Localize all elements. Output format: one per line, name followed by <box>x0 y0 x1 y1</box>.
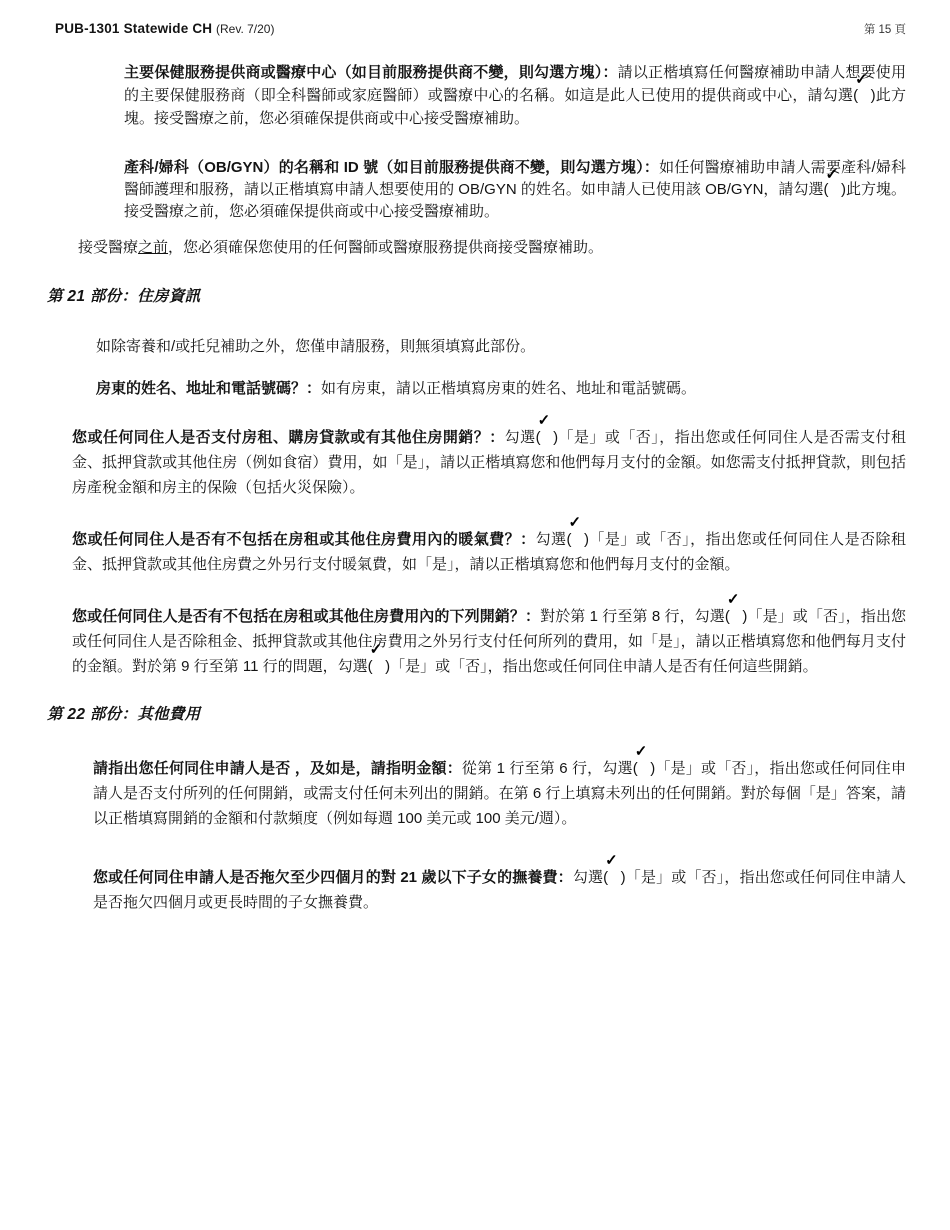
para-before-care-note: 接受醫療之前，您必須確保您使用的任何醫師或醫療服務提供商接受醫療補助。 <box>78 236 906 259</box>
checkmark-icon: ✓ <box>605 853 618 868</box>
question-lead-text: 房東的姓名、地址和電話號碼？： <box>96 380 321 397</box>
checkbox-parens: ( )✓ <box>368 654 391 679</box>
checkbox-parens: ( )✓ <box>853 84 876 107</box>
checkbox-parens: ( )✓ <box>725 604 748 629</box>
body-text: 如有房東，請以正楷填寫房東的姓名、地址和電話號碼。 <box>321 380 696 397</box>
section-21-heading: 第 21 部份：住房資訊 <box>47 285 906 308</box>
para-other-expenses: 請指出您任何同住申請人是否 ，及如是，請指明金額：從第 1 行至第 6 行，勾選… <box>93 756 906 831</box>
body-text: 勾選 <box>536 531 567 548</box>
question-lead-text: 您或任何同住人是否有不包括在房租或其他住房費用內的下列開銷？： <box>72 608 540 625</box>
para-obgyn: 產科/婦科（OB/GYN）的名稱和 ID 號（如目前服務提供商不變，則勾選方塊）… <box>124 157 906 223</box>
question-lead-text: 請指出您任何同住申請人是否 ，及如是，請指明金額： <box>93 760 462 777</box>
page-number: 第 15 頁 <box>864 21 906 37</box>
checkbox-parens: ( )✓ <box>536 425 559 450</box>
body-text: 「是」或「否」，指出您或任何同住申請人是否有任何這些開銷。 <box>390 658 818 675</box>
question-lead-text: 您或任何同住人是否支付房租、購房貸款或有其他住房開銷？： <box>72 429 505 446</box>
checkmark-icon: ✓ <box>727 592 740 607</box>
form-identifier: PUB-1301 Statewide CH (Rev. 7/20) <box>55 21 274 36</box>
para-services-only-note: 如除寄養和/或托兒補助之外，您僅申請服務，則無須填寫此部份。 <box>96 335 906 358</box>
checkmark-icon: ✓ <box>370 642 383 657</box>
checkbox-parens: ( )✓ <box>603 865 626 890</box>
page-header: PUB-1301 Statewide CH (Rev. 7/20) 第 15 頁 <box>47 21 906 37</box>
question-lead-text: 您或任何同住申請人是否拖欠至少四個月的對 21 歲以下子女的撫養費： <box>93 869 573 886</box>
para-primary-provider: 主要保健服務提供商或醫療中心（如目前服務提供商不變，則勾選方塊）：請以正楷填寫任… <box>124 61 906 130</box>
para-heating-cost: 您或任何同住人是否有不包括在房租或其他住房費用內的暖氣費？：勾選( )✓「是」或… <box>72 527 906 577</box>
underlined-text: 之前 <box>138 239 168 256</box>
form-id: PUB-1301 Statewide CH <box>55 21 212 36</box>
form-revision: (Rev. 7/20) <box>216 22 274 36</box>
para-landlord-info: 房東的姓名、地址和電話號碼？：如有房東，請以正楷填寫房東的姓名、地址和電話號碼。 <box>96 377 906 400</box>
document-body: 主要保健服務提供商或醫療中心（如目前服務提供商不變，則勾選方塊）：請以正楷填寫任… <box>47 61 906 915</box>
section-22-heading: 第 22 部份：其他費用 <box>47 703 906 726</box>
checkmark-icon: ✓ <box>825 167 838 182</box>
body-text: 接受醫療 <box>78 239 138 256</box>
para-child-support: 您或任何同住申請人是否拖欠至少四個月的對 21 歲以下子女的撫養費：勾選( )✓… <box>93 865 906 915</box>
body-text: 如除寄養和/或托兒補助之外，您僅申請服務，則無須填寫此部份。 <box>96 338 535 355</box>
body-text: 從第 1 行至第 6 行，勾選 <box>462 760 633 777</box>
body-text: 對於第 1 行至第 8 行，勾選 <box>540 608 725 625</box>
checkbox-parens: ( )✓ <box>566 527 589 552</box>
body-text: ，您必須確保您使用的任何醫師或醫療服務提供商接受醫療補助。 <box>168 239 603 256</box>
checkmark-icon: ✓ <box>635 744 648 759</box>
checkmark-icon: ✓ <box>538 413 551 428</box>
para-rent-mortgage: 您或任何同住人是否支付房租、購房貸款或有其他住房開銷？：勾選( )✓「是」或「否… <box>72 425 906 500</box>
checkmark-icon: ✓ <box>855 72 868 87</box>
checkbox-parens: ( )✓ <box>823 179 846 201</box>
checkbox-parens: ( )✓ <box>633 756 656 781</box>
question-lead-text: 主要保健服務提供商或醫療中心（如目前服務提供商不變，則勾選方塊）： <box>124 64 618 81</box>
para-listed-expenses: 您或任何同住人是否有不包括在房租或其他住房費用內的下列開銷？：對於第 1 行至第… <box>72 604 906 679</box>
question-lead-text: 產科/婦科（OB/GYN）的名稱和 ID 號（如目前服務提供商不變，則勾選方塊）… <box>124 159 659 176</box>
body-text: 勾選 <box>505 429 536 446</box>
document-page: PUB-1301 Statewide CH (Rev. 7/20) 第 15 頁… <box>0 0 950 1230</box>
question-lead-text: 您或任何同住人是否有不包括在房租或其他住房費用內的暖氣費？： <box>72 531 536 548</box>
checkmark-icon: ✓ <box>568 515 581 530</box>
body-text: 勾選 <box>573 869 603 886</box>
